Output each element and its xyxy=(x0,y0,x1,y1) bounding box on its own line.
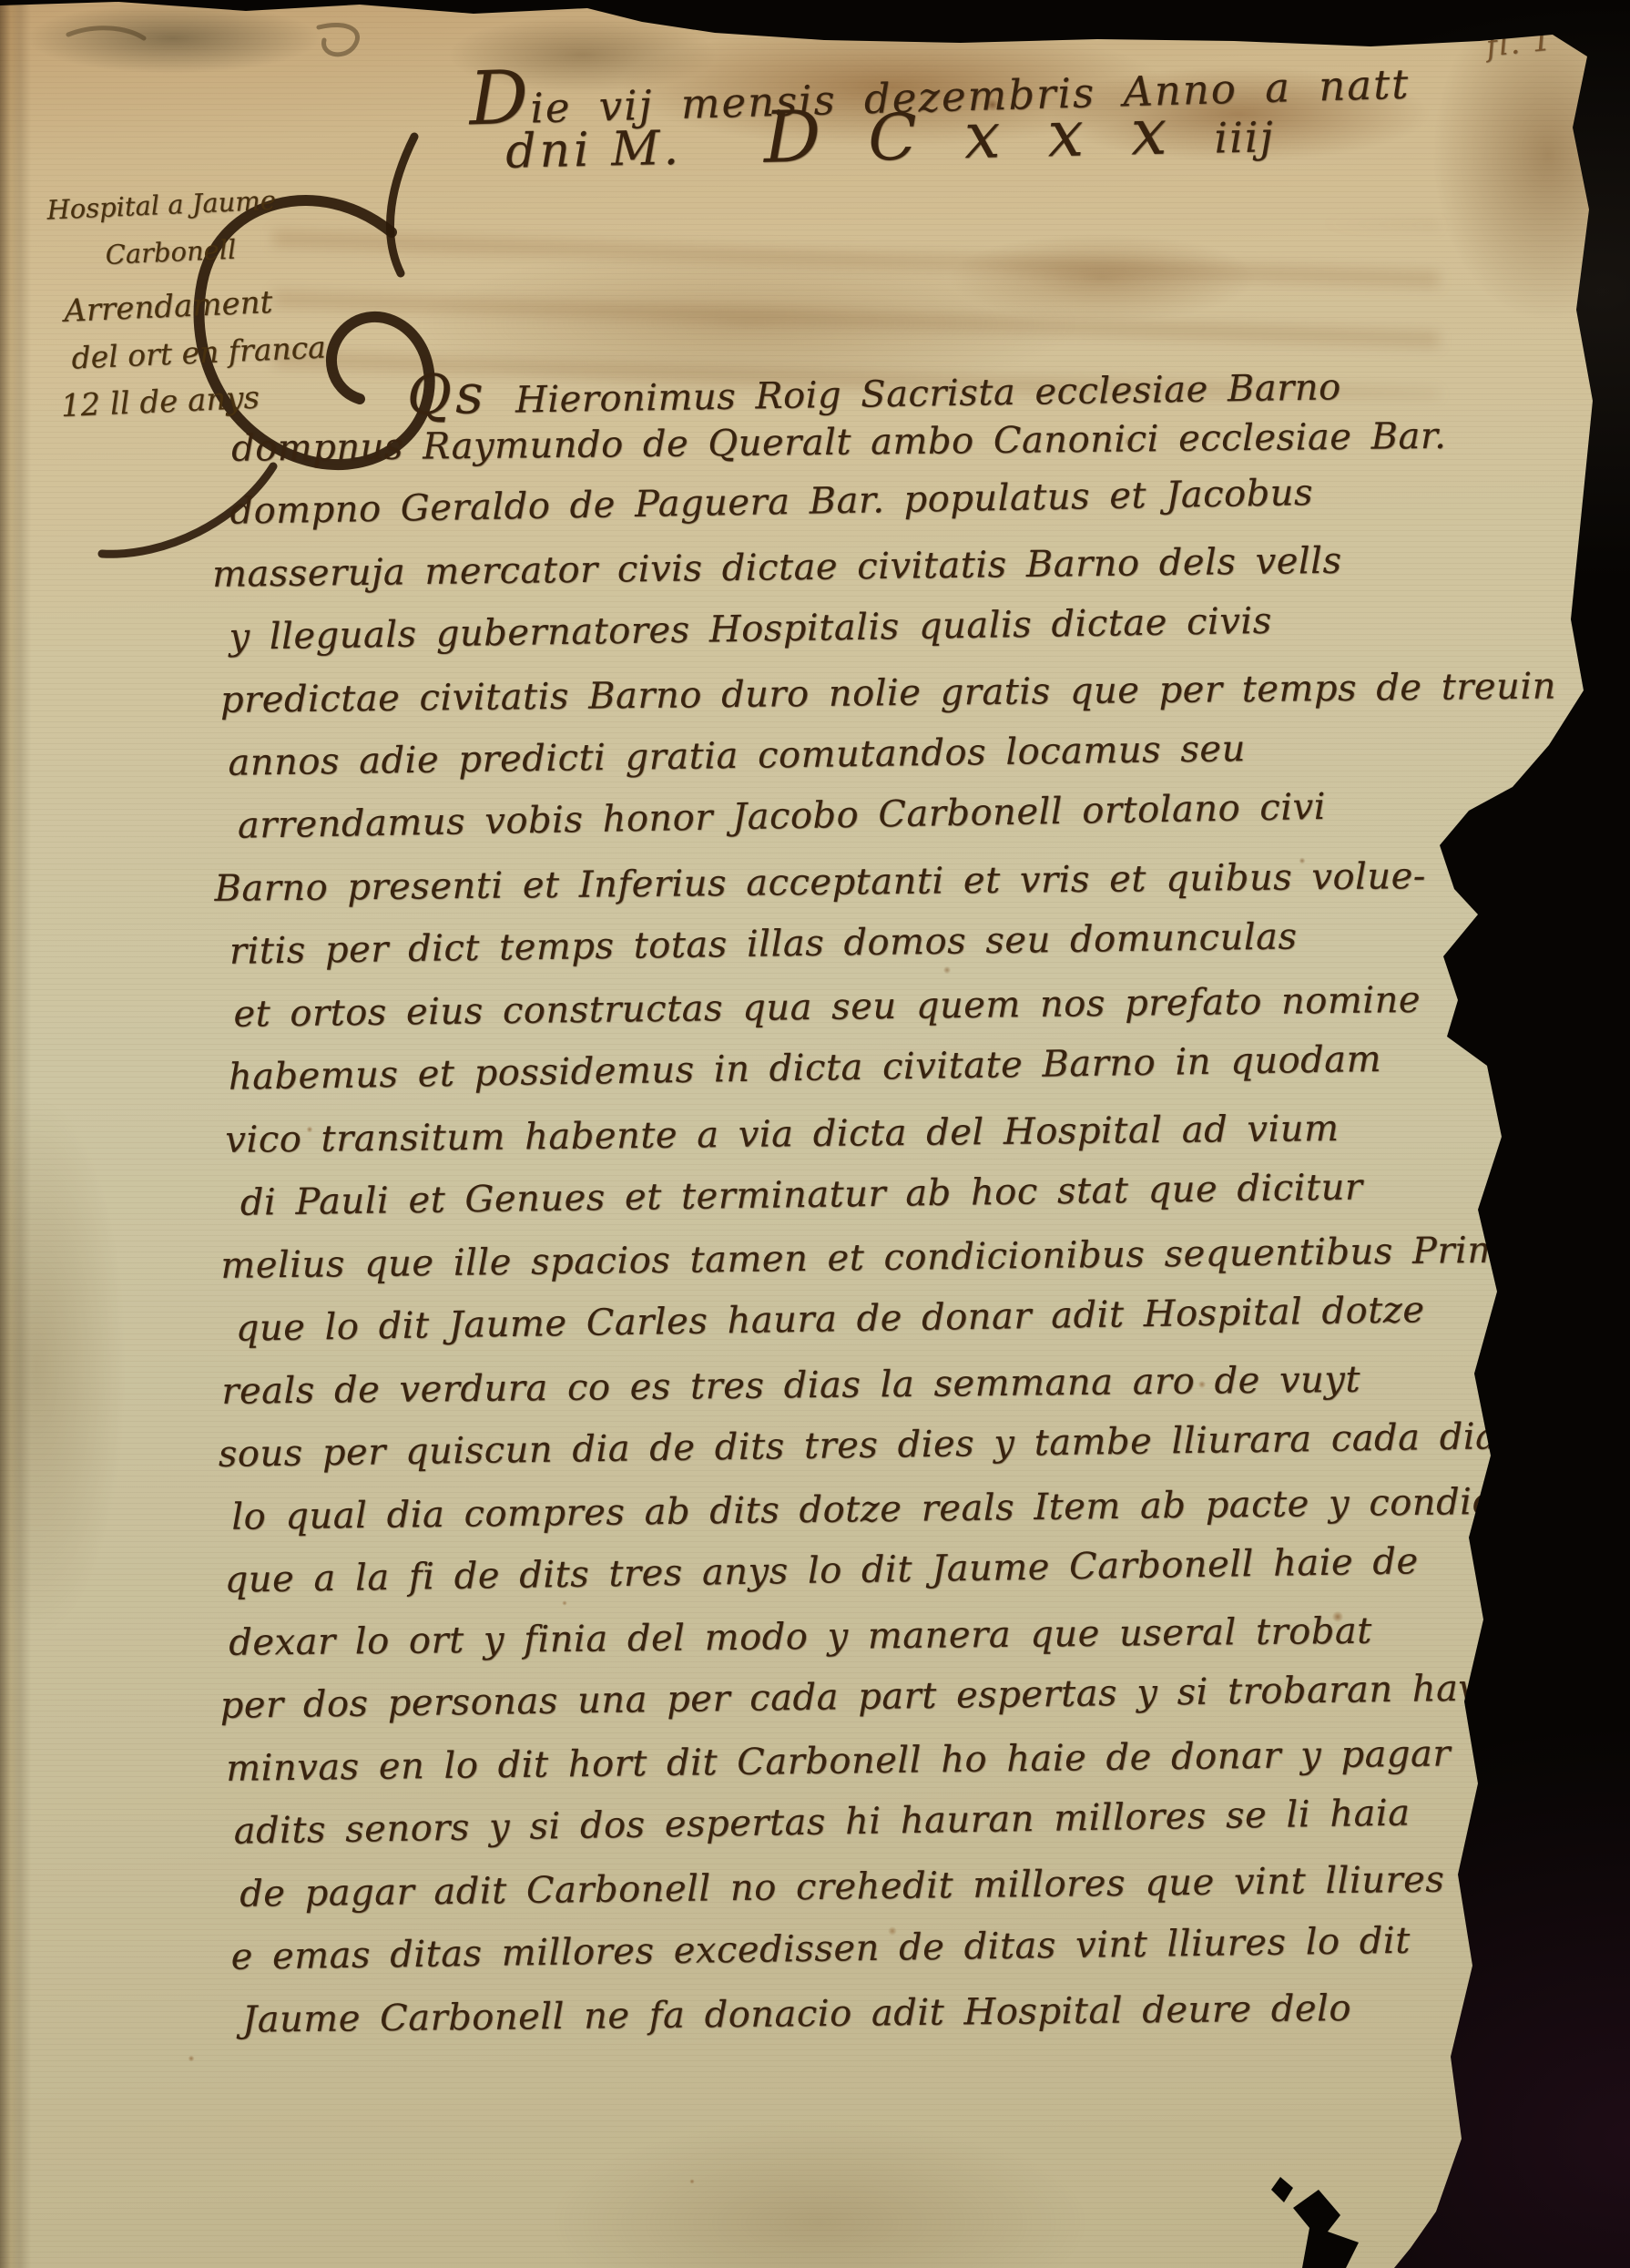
manuscript-scan: fl. 1 Die vij mensis dezembris Anno a na… xyxy=(0,0,1630,2268)
paper-tear xyxy=(0,0,1630,2268)
